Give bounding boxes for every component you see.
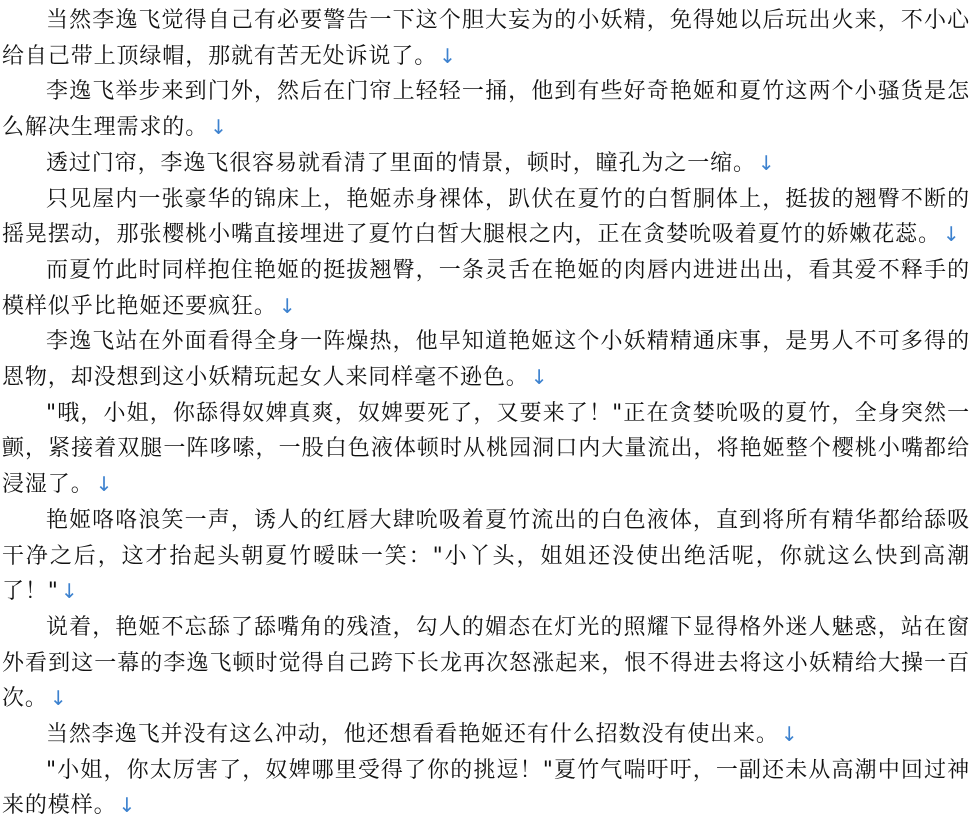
paragraph-text: 而夏竹此时同样抱住艳姬的挺拔翘臀，一条灵舌在艳姬的肉唇内进进出出，看其爱不释手的… [2,258,970,319]
paragraph: 艳姬咯咯浪笑一声，诱人的红唇大肆吮吸着夏竹流出的白色液体，直到将所有精华都给舔吸… [2,503,970,610]
line-break-mark-icon: ↓ [943,222,960,246]
paragraph-text: 李逸飞举步来到门外，然后在门帘上轻轻一捅，他到有些好奇艳姬和夏竹这两个小骚货是怎… [2,79,970,140]
paragraph-text: 当然李逸飞觉得自己有必要警告一下这个胆大妄为的小妖精，免得她以后玩出火来，不小心… [2,8,970,69]
line-break-mark-icon: ↓ [279,294,296,318]
paragraph: "小姐，你太厉害了，奴婢哪里受得了你的挑逗！"夏竹气喘吁吁，一副还未从高潮中回过… [2,753,970,824]
paragraph-text: 当然李逸飞并没有这么冲动，他还想看看艳姬还有什么招数没有使出来。 [46,722,779,747]
document-page: 当然李逸飞觉得自己有必要警告一下这个胆大妄为的小妖精，免得她以后玩出火来，不小心… [0,0,978,824]
line-break-mark-icon: ↓ [50,686,67,710]
paragraph-text: "小姐，你太厉害了，奴婢哪里受得了你的挑逗！"夏竹气喘吁吁，一副还未从高潮中回过… [2,758,970,819]
paragraph-text: 说着，艳姬不忘舔了舔嘴角的残渣，勾人的媚态在灯光的照耀下显得格外迷人魅惑，站在窗… [2,615,970,711]
line-break-mark-icon: ↓ [531,365,548,389]
paragraph: 只见屋内一张豪华的锦床上，艳姬赤身裸体，趴伏在夏竹的白皙胴体上，挺拔的翘臀不断的… [2,182,970,253]
paragraph-text: 李逸飞站在外面看得全身一阵燥热，他早知道艳姬这个小妖精精通床事，是男人不可多得的… [2,329,970,390]
line-break-mark-icon: ↓ [758,151,775,175]
paragraph: 而夏竹此时同样抱住艳姬的挺拔翘臀，一条灵舌在艳姬的肉唇内进进出出，看其爱不释手的… [2,253,970,324]
paragraph-text: 透过门帘，李逸飞很容易就看清了里面的情景，顿时，瞳孔为之一缩。 [46,151,756,176]
line-break-mark-icon: ↓ [781,722,798,746]
paragraph: 李逸飞站在外面看得全身一阵燥热，他早知道艳姬这个小妖精精通床事，是男人不可多得的… [2,324,970,395]
paragraph-text: 艳姬咯咯浪笑一声，诱人的红唇大肆吮吸着夏竹流出的白色液体，直到将所有精华都给舔吸… [2,508,970,604]
paragraph: 透过门帘，李逸飞很容易就看清了里面的情景，顿时，瞳孔为之一缩。↓ [2,146,970,182]
paragraph: 说着，艳姬不忘舔了舔嘴角的残渣，勾人的媚态在灯光的照耀下显得格外迷人魅惑，站在窗… [2,610,970,717]
line-break-mark-icon: ↓ [439,44,456,68]
paragraph-text: "哦，小姐，你舔得奴婢真爽，奴婢要死了，又要来了！"正在贪婪吮吸的夏竹，全身突然… [2,401,970,497]
paragraph: 当然李逸飞并没有这么冲动，他还想看看艳姬还有什么招数没有使出来。↓ [2,717,970,753]
line-break-mark-icon: ↓ [61,579,78,603]
line-break-mark-icon: ↓ [96,472,113,496]
line-break-mark-icon: ↓ [210,115,227,139]
paragraph: "哦，小姐，你舔得奴婢真爽，奴婢要死了，又要来了！"正在贪婪吮吸的夏竹，全身突然… [2,396,970,503]
paragraph: 当然李逸飞觉得自己有必要警告一下这个胆大妄为的小妖精，免得她以后玩出火来，不小心… [2,3,970,74]
paragraph-text: 只见屋内一张豪华的锦床上，艳姬赤身裸体，趴伏在夏竹的白皙胴体上，挺拔的翘臀不断的… [2,187,970,248]
paragraph: 李逸飞举步来到门外，然后在门帘上轻轻一捅，他到有些好奇艳姬和夏竹这两个小骚货是怎… [2,74,970,145]
line-break-mark-icon: ↓ [119,793,136,817]
